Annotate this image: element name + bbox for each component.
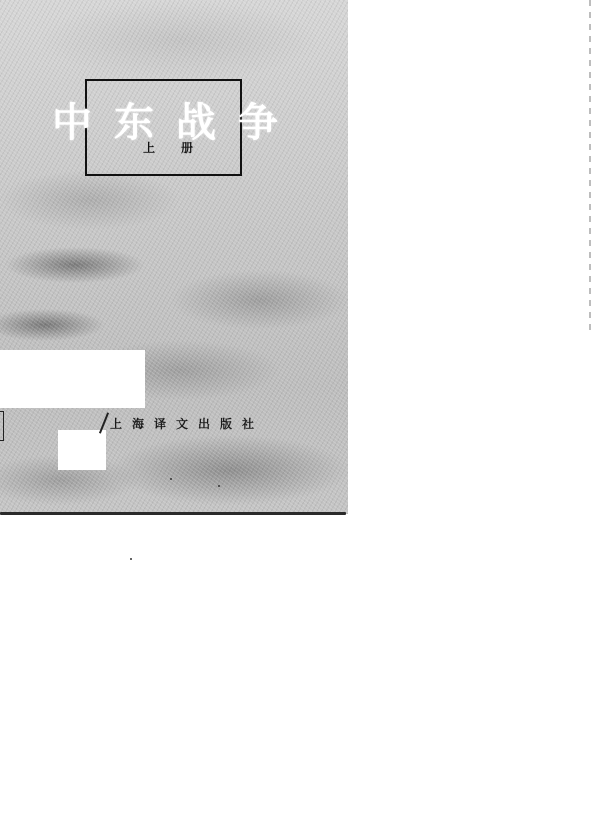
redaction-block [58,430,106,470]
cover-bottom-edge [0,512,346,515]
volume-label: 上册 [143,139,219,156]
edge-mark [0,411,4,441]
scan-speck [130,558,132,560]
publisher-name: 上海译文出版社 [110,415,264,432]
book-cover [0,0,348,514]
scan-speck [170,478,172,480]
scan-edge-line [589,0,591,330]
book-title: 中东战争 [52,103,292,143]
redaction-block [0,350,145,408]
scan-speck [218,485,220,487]
